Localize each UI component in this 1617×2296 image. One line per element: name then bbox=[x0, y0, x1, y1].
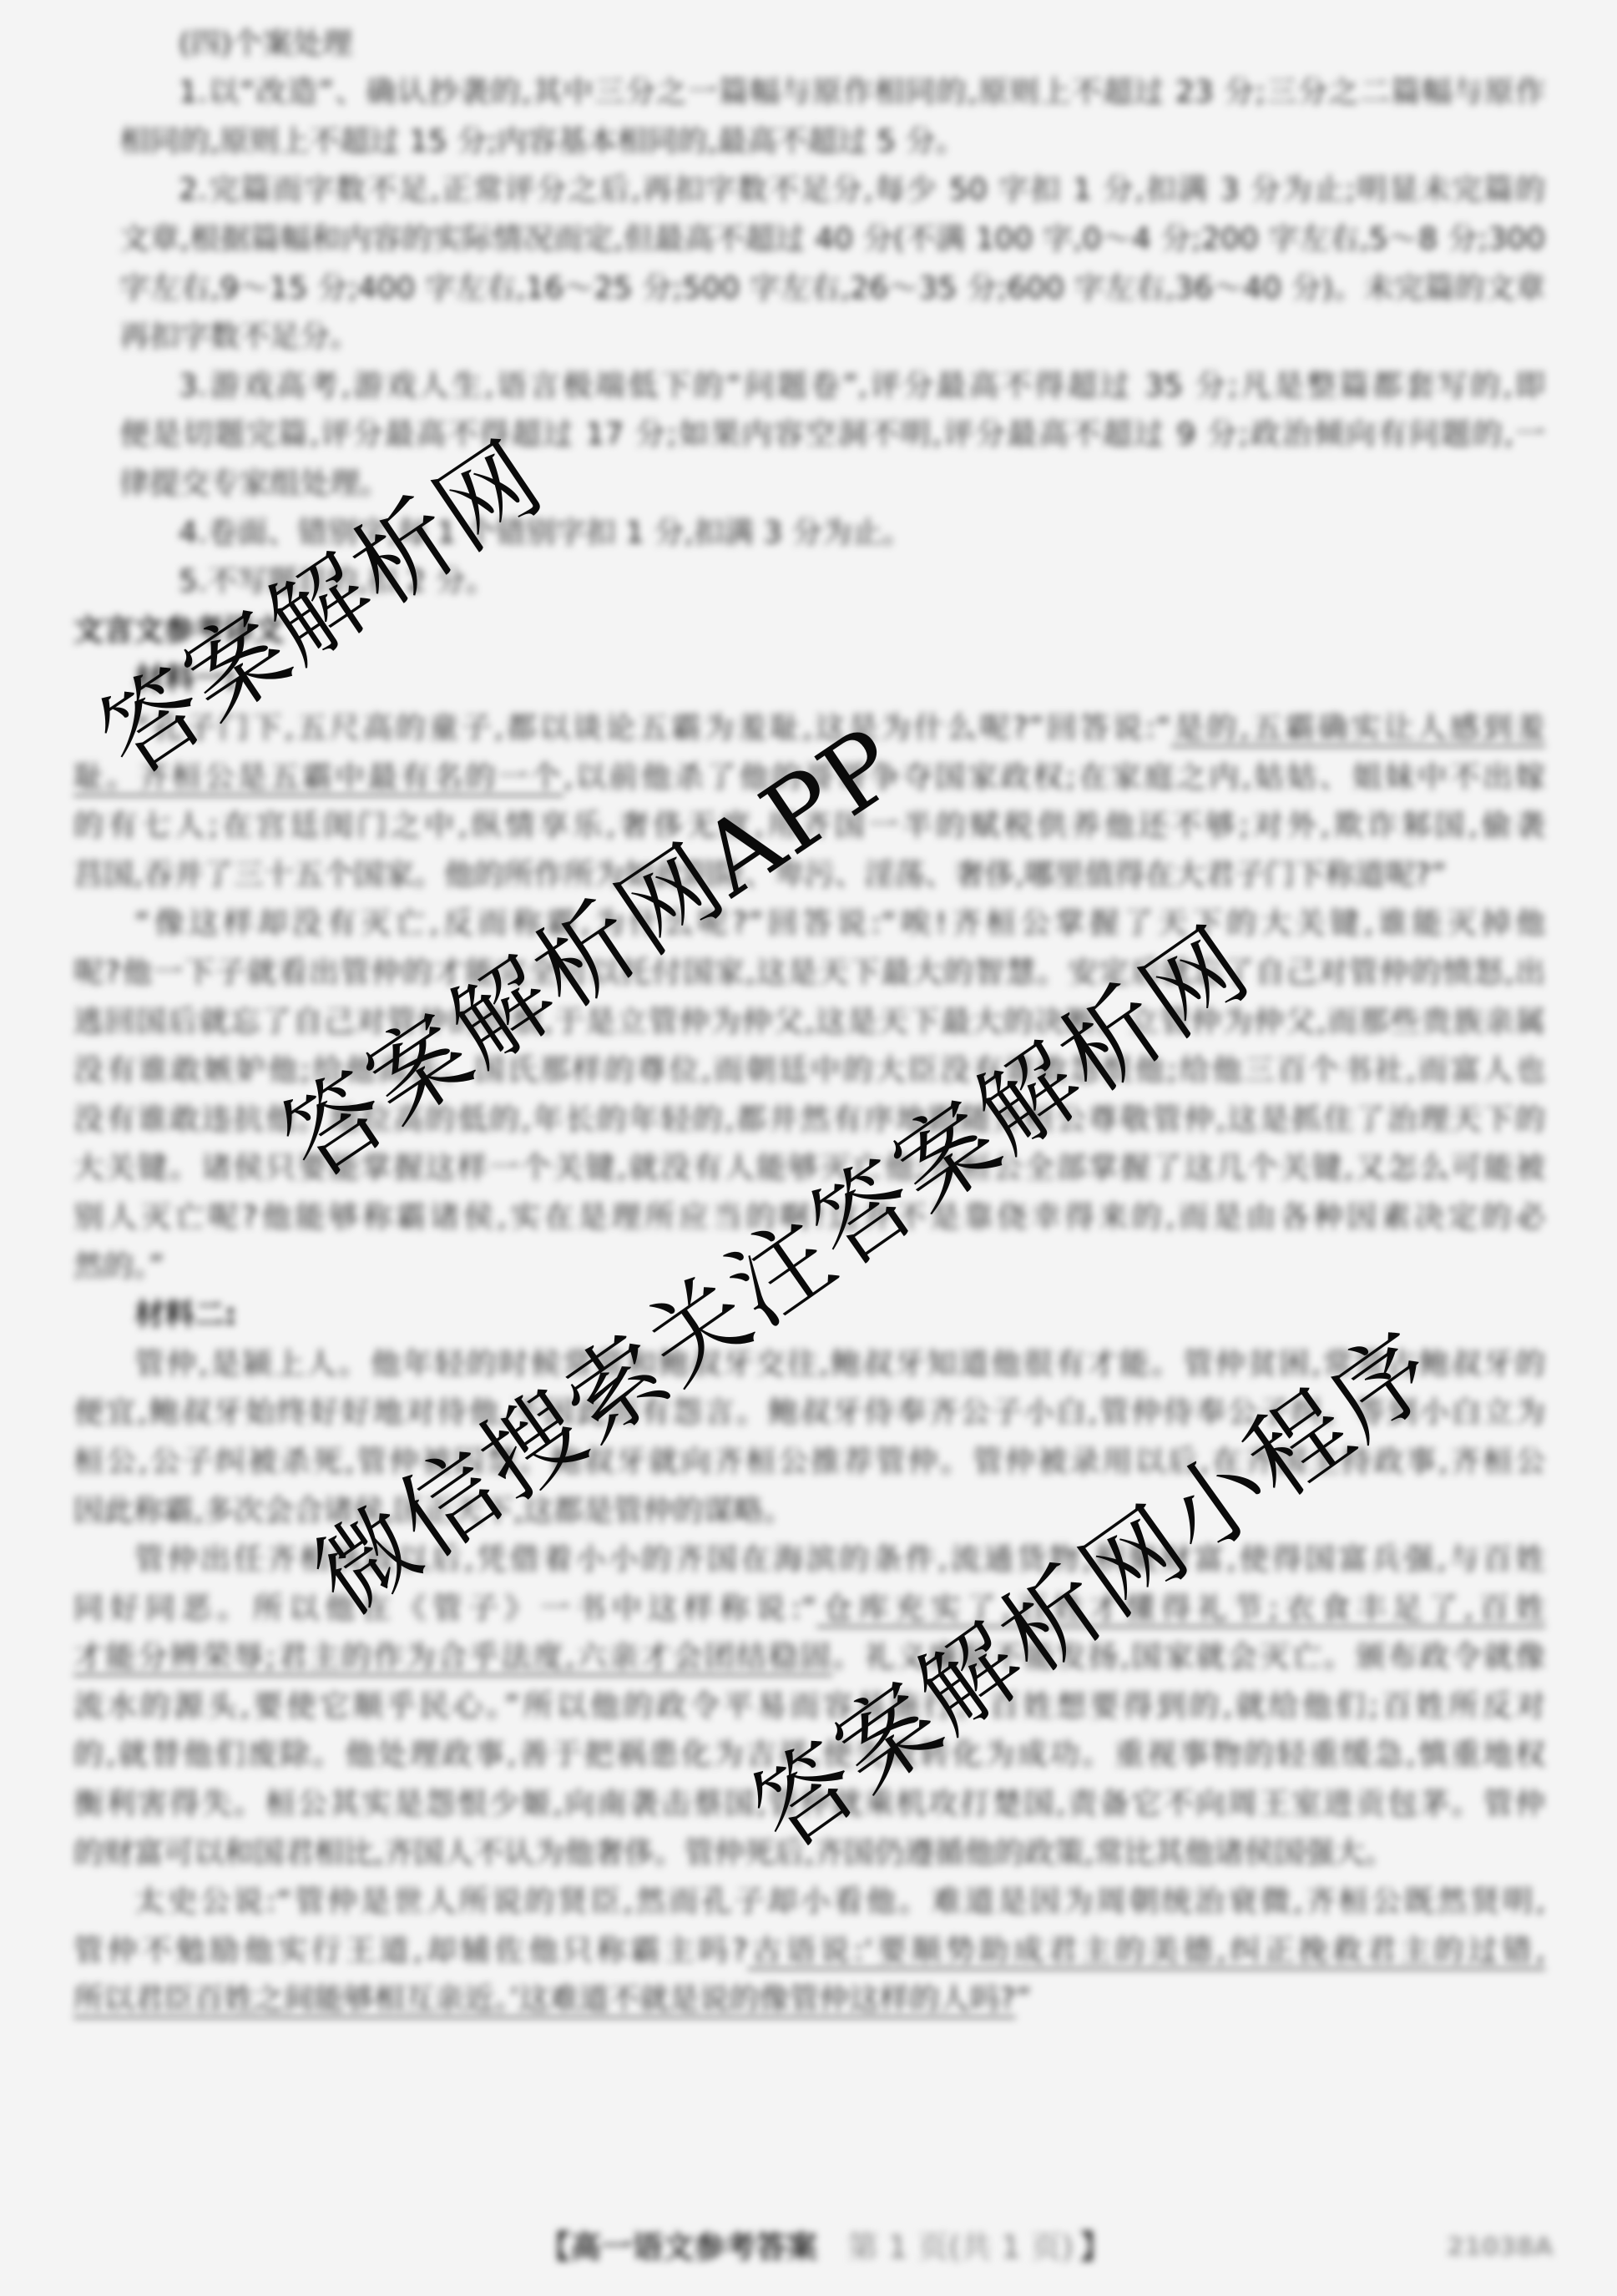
underlined-segment: 所以君臣百姓之间能够相互亲近。’这难道不就是说的像管仲这样的人吗? bbox=[73, 1982, 1016, 2016]
text-line: 才能分辨荣辱;君主的作为合乎法度,六亲才会团结稳固。礼义廉耻不能发扬,国家就会灭… bbox=[73, 1633, 1545, 1683]
text-line: 太史公说:“管仲是世人所说的贤臣,然而孔子却小看他。难道是因为周朝统治衰微,齐桓… bbox=[134, 1878, 1545, 1927]
rubric-line: 再扣字数不足分。 bbox=[119, 313, 1545, 362]
text-line: 同好同恶。所以他在《管子》一书中这样称说:“仓库充实了,百姓才懂得礼节;衣食丰足… bbox=[73, 1585, 1545, 1634]
text-segment: 同好同恶。所以他在《管子》一书中这样称说:“ bbox=[73, 1592, 816, 1626]
document-page: (四)个案处理 1.以“改造”、确认抄袭的,其中三分之一篇幅与原作相同的,原则上… bbox=[0, 0, 1617, 2296]
page-footer: 【高一语文参考答案第 1 页(共 1 页)】 bbox=[539, 2223, 1111, 2272]
rubric-line: 3.游戏高考,游戏人生,语言极端低下的“问题卷”,评分最高不得超过 35 分;凡… bbox=[179, 362, 1545, 411]
text-segment: “孔子门下,五尺高的童子,都以谈论五霸为羞耻,这是为什么呢?”回答说:“ bbox=[134, 711, 1171, 745]
rubric-heading: (四)个案处理 bbox=[179, 20, 1545, 69]
rubric-line: 1.以“改造”、确认抄袭的,其中三分之一篇幅与原作相同的,原则上不超过 23 分… bbox=[179, 68, 1545, 118]
footer-title: 【高一语文参考答案 bbox=[539, 2229, 817, 2265]
underlined-segment: 古语说:‘要顺势助成君主的美德,纠正挽救君主的过错, bbox=[748, 1934, 1545, 1968]
rubric-line: 2.完篇而字数不足,正常评分之后,再扣字数不足分,每少 50 字扣 1 分,扣满… bbox=[179, 166, 1545, 215]
text-line: 管仲不勉励他实行王道,却辅佐他只称霸主吗?古语说:‘要顺势助成君主的美德,纠正挽… bbox=[73, 1927, 1545, 1976]
material-1-label: 材料一: bbox=[134, 655, 1545, 704]
footer-bracket: 】 bbox=[1080, 2229, 1111, 2265]
text-line: “像这样却没有灭亡,反而称霸,为什么呢?”回答说:“唉!齐桓公掌握了天下的大关键… bbox=[134, 900, 1545, 949]
text-segment: ,以前他杀了他的哥哥争夺国家政权;在家庭之内,姑姑、姐妹中不出嫁 bbox=[563, 760, 1545, 795]
text-line: 呢?他一下子就看出管仲的才能完全可以托付国家,这是天下最大的智慧。安定后就忘了自… bbox=[73, 949, 1545, 998]
text-segment: 管仲不勉励他实行王道,却辅佐他只称霸主吗? bbox=[73, 1934, 748, 1968]
rubric-line: 字左右,9～15 分;400 字左右,16～25 分;500 字左右,26～35… bbox=[119, 265, 1545, 314]
underlined-segment: 才能分辨荣辱;君主的作为合乎法度,六亲才会团结稳固 bbox=[73, 1640, 832, 1674]
footer-paper-code: 21038A bbox=[1447, 2229, 1554, 2266]
rubric-line: 相同的,原则上不超过 15 分;内容基本相同的,最高不超过 5 分。 bbox=[119, 118, 1545, 167]
text-line: 所以君臣百姓之间能够相互亲近。’这难道不就是说的像管仲这样的人吗?” bbox=[73, 1976, 1545, 2025]
rubric-line: 文章,根据篇幅和内容的实际情况而定,但最高不超过 40 分(不满 100 字,0… bbox=[119, 215, 1545, 265]
footer-page-info: 第 1 页(共 1 页) bbox=[847, 2229, 1074, 2265]
underlined-segment: 是的,五霸确实让人感到羞 bbox=[1171, 711, 1545, 745]
document-body: (四)个案处理 1.以“改造”、确认抄袭的,其中三分之一篇幅与原作相同的,原则上… bbox=[0, 0, 1617, 2296]
text-line: 逃回国后就忘了自己对管仲的仇恨,于是立管仲为仲父,这是天下最大的决断。立管仲为仲… bbox=[73, 998, 1545, 1047]
rubric-line: 便是切题完篇,评分最高不得超过 17 分;如果内容空洞不明,评分最高不超过 9 … bbox=[119, 411, 1545, 460]
text-segment: ” bbox=[1016, 1982, 1032, 2016]
rubric-line: 律提交专家组处理。 bbox=[119, 460, 1545, 509]
